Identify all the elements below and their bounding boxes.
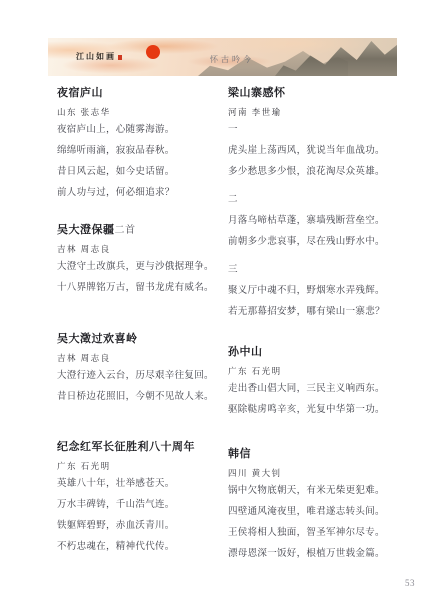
poem-title: 梁山寨感怀 [228, 86, 406, 101]
poem-line: 昔日桥边花照旧，今朝不见故人来。 [57, 387, 222, 408]
poem-author: 吉林 周志良 [57, 352, 222, 364]
poem-title: 吴大澄保疆二首 [57, 223, 222, 238]
poem-line: 若无那幕招安梦，哪有梁山一寨悲？ [228, 302, 406, 323]
poem-line: 铁躯辉碧野，赤血沃青川。 [57, 516, 222, 537]
poem-title: 孙中山 [228, 345, 406, 360]
poem-author: 广东 石光明 [57, 460, 222, 472]
poem-line: 四壁通风淹夜里，唯君遂志转头间。 [228, 502, 406, 523]
stanza-label: 二 [228, 190, 406, 211]
poem-line: 驱除鞑虏鸣辛亥，光复中华第一功。 [228, 400, 406, 421]
poem-line: 锅中欠物底朝天，有米无柴更犯难。 [228, 481, 406, 502]
poem-author: 河南 李世瑜 [228, 106, 406, 118]
poem-stanza: 大澄行迹入云台，历尽艰辛往复回。昔日桥边花照旧，今朝不见故人来。 [57, 366, 222, 408]
poem-line: 聚义厅中魂不归，野烟寒水弄残辉。 [228, 281, 406, 302]
poem-author: 四川 黄大钊 [228, 467, 406, 479]
decorative-banner: 江山如画 怀古吟今 [48, 38, 397, 76]
poem-title: 夜宿庐山 [57, 86, 222, 101]
poem: 吴大澄保疆二首吉林 周志良大澄守土改旗兵，更与沙俄据理争。十八界牌铭万古，留书龙… [57, 223, 222, 299]
poem-line: 前人功与过，何必细追求？ [57, 183, 222, 204]
poem-line: 月落乌啼枯草蓬，寨墙残断营垒空。 [228, 211, 406, 232]
poem-line: 不朽忠魂在，精神代代传。 [57, 537, 222, 558]
poem-author: 山东 张志华 [57, 106, 222, 118]
poem-line: 虎头崖上荡西风，犹说当年血战功。 [228, 141, 406, 162]
poem-stanza: 大澄守土改旗兵，更与沙俄据理争。十八界牌铭万古，留书龙虎有威名。 [57, 257, 222, 299]
poem-column-right: 梁山寨感怀河南 李世瑜一虎头崖上荡西风，犹说当年血战功。多少愁思多少恨，浪花淘尽… [228, 86, 406, 565]
masthead-text: 江山如画 [76, 52, 116, 61]
poem-title: 吴大澂过欢喜岭 [57, 332, 222, 347]
stanza-label: 一 [228, 120, 406, 141]
page-number: 53 [405, 578, 415, 588]
poem: 夜宿庐山山东 张志华夜宿庐山上，心随雾海游。绵绵听雨滴，寂寂品春秋。昔日风云起，… [57, 86, 222, 204]
red-sun-art [146, 45, 160, 59]
poem-stanza: 二月落乌啼枯草蓬，寨墙残断营垒空。前朝多少悲哀事，尽在残山野水中。 [228, 190, 406, 253]
poem-line: 十八界牌铭万古，留书龙虎有威名。 [57, 278, 222, 299]
poem-author: 广东 石光明 [228, 365, 406, 377]
poem-stanza: 锅中欠物底朝天，有米无柴更犯难。四壁通风淹夜里，唯君遂志转头间。王侯将相人独面，… [228, 481, 406, 565]
poem-line: 漂母恩深一饭好，根植万世载金篇。 [228, 544, 406, 565]
poem-line: 绵绵听雨滴，寂寂品春秋。 [57, 141, 222, 162]
poem-line: 多少愁思多少恨，浪花淘尽众英雄。 [228, 162, 406, 183]
poem-line: 夜宿庐山上，心随雾海游。 [57, 120, 222, 141]
poem-column-left: 夜宿庐山山东 张志华夜宿庐山上，心随雾海游。绵绵听雨滴，寂寂品春秋。昔日风云起，… [57, 86, 222, 558]
poem: 纪念红军长征胜利八十周年广东 石光明英雄八十年，壮举感苍天。万水丰碑铸，千山浩气… [57, 440, 222, 558]
poem: 梁山寨感怀河南 李世瑜一虎头崖上荡西风，犹说当年血战功。多少愁思多少恨，浪花淘尽… [228, 86, 406, 323]
poem-title: 韩信 [228, 447, 406, 462]
stanza-label: 三 [228, 260, 406, 281]
poem-line: 大澄行迹入云台，历尽艰辛往复回。 [57, 366, 222, 387]
poem-stanza: 英雄八十年，壮举感苍天。万水丰碑铸，千山浩气连。铁躯辉碧野，赤血沃青川。不朽忠魂… [57, 474, 222, 558]
poem-stanza: 一虎头崖上荡西风，犹说当年血战功。多少愁思多少恨，浪花淘尽众英雄。 [228, 120, 406, 183]
poem-line: 走出香山倡大同，三民主义响西东。 [228, 379, 406, 400]
poem-stanza: 走出香山倡大同，三民主义响西东。驱除鞑虏鸣辛亥，光复中华第一功。 [228, 379, 406, 421]
poem: 孙中山广东 石光明走出香山倡大同，三民主义响西东。驱除鞑虏鸣辛亥，光复中华第一功… [228, 345, 406, 421]
poem-stanza: 夜宿庐山上，心随雾海游。绵绵听雨滴，寂寂品春秋。昔日风云起，如今史话留。前人功与… [57, 120, 222, 204]
poem-line: 万水丰碑铸，千山浩气连。 [57, 495, 222, 516]
poem: 韩信四川 黄大钊锅中欠物底朝天，有米无柴更犯难。四壁通风淹夜里，唯君遂志转头间。… [228, 447, 406, 565]
poem-line: 王侯将相人独面，智圣军神尔尽专。 [228, 523, 406, 544]
poem-line: 大澄守土改旗兵，更与沙俄据理争。 [57, 257, 222, 278]
poem-line: 英雄八十年，壮举感苍天。 [57, 474, 222, 495]
poem-author: 吉林 周志良 [57, 243, 222, 255]
poem-title: 纪念红军长征胜利八十周年 [57, 440, 222, 455]
poem-stanza: 三聚义厅中魂不归，野烟寒水弄残辉。若无那幕招安梦，哪有梁山一寨悲？ [228, 260, 406, 323]
poem: 吴大澂过欢喜岭吉林 周志良大澄行迹入云台，历尽艰辛往复回。昔日桥边花照旧，今朝不… [57, 332, 222, 408]
red-seal [118, 55, 122, 60]
magazine-page: 江山如画 怀古吟今 夜宿庐山山东 张志华夜宿庐山上，心随雾海游。绵绵听雨滴，寂寂… [0, 0, 430, 600]
section-title-calligraphy: 怀古吟今 [210, 54, 254, 65]
poem-line: 昔日风云起，如今史话留。 [57, 162, 222, 183]
poem-title-suffix: 二首 [115, 225, 136, 236]
poem-line: 前朝多少悲哀事，尽在残山野水中。 [228, 232, 406, 253]
masthead-calligraphy: 江山如画 [76, 51, 122, 62]
